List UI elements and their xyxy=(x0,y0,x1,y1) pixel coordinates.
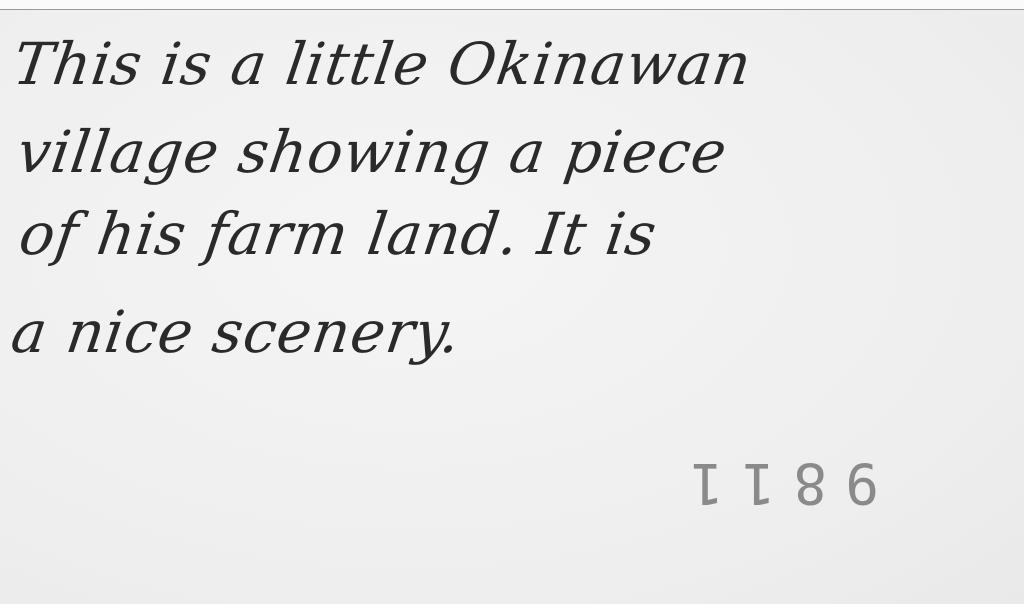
paper-top-edge xyxy=(0,0,1024,10)
handwritten-line-3: of his farm land. It is xyxy=(15,200,661,268)
handwritten-line-1: This is a little Okinawan xyxy=(9,30,756,98)
handwritten-line-2: village showing a piece xyxy=(13,118,731,186)
stamped-number: 9811 xyxy=(672,450,879,515)
handwritten-line-4: a nice scenery. xyxy=(7,298,465,366)
